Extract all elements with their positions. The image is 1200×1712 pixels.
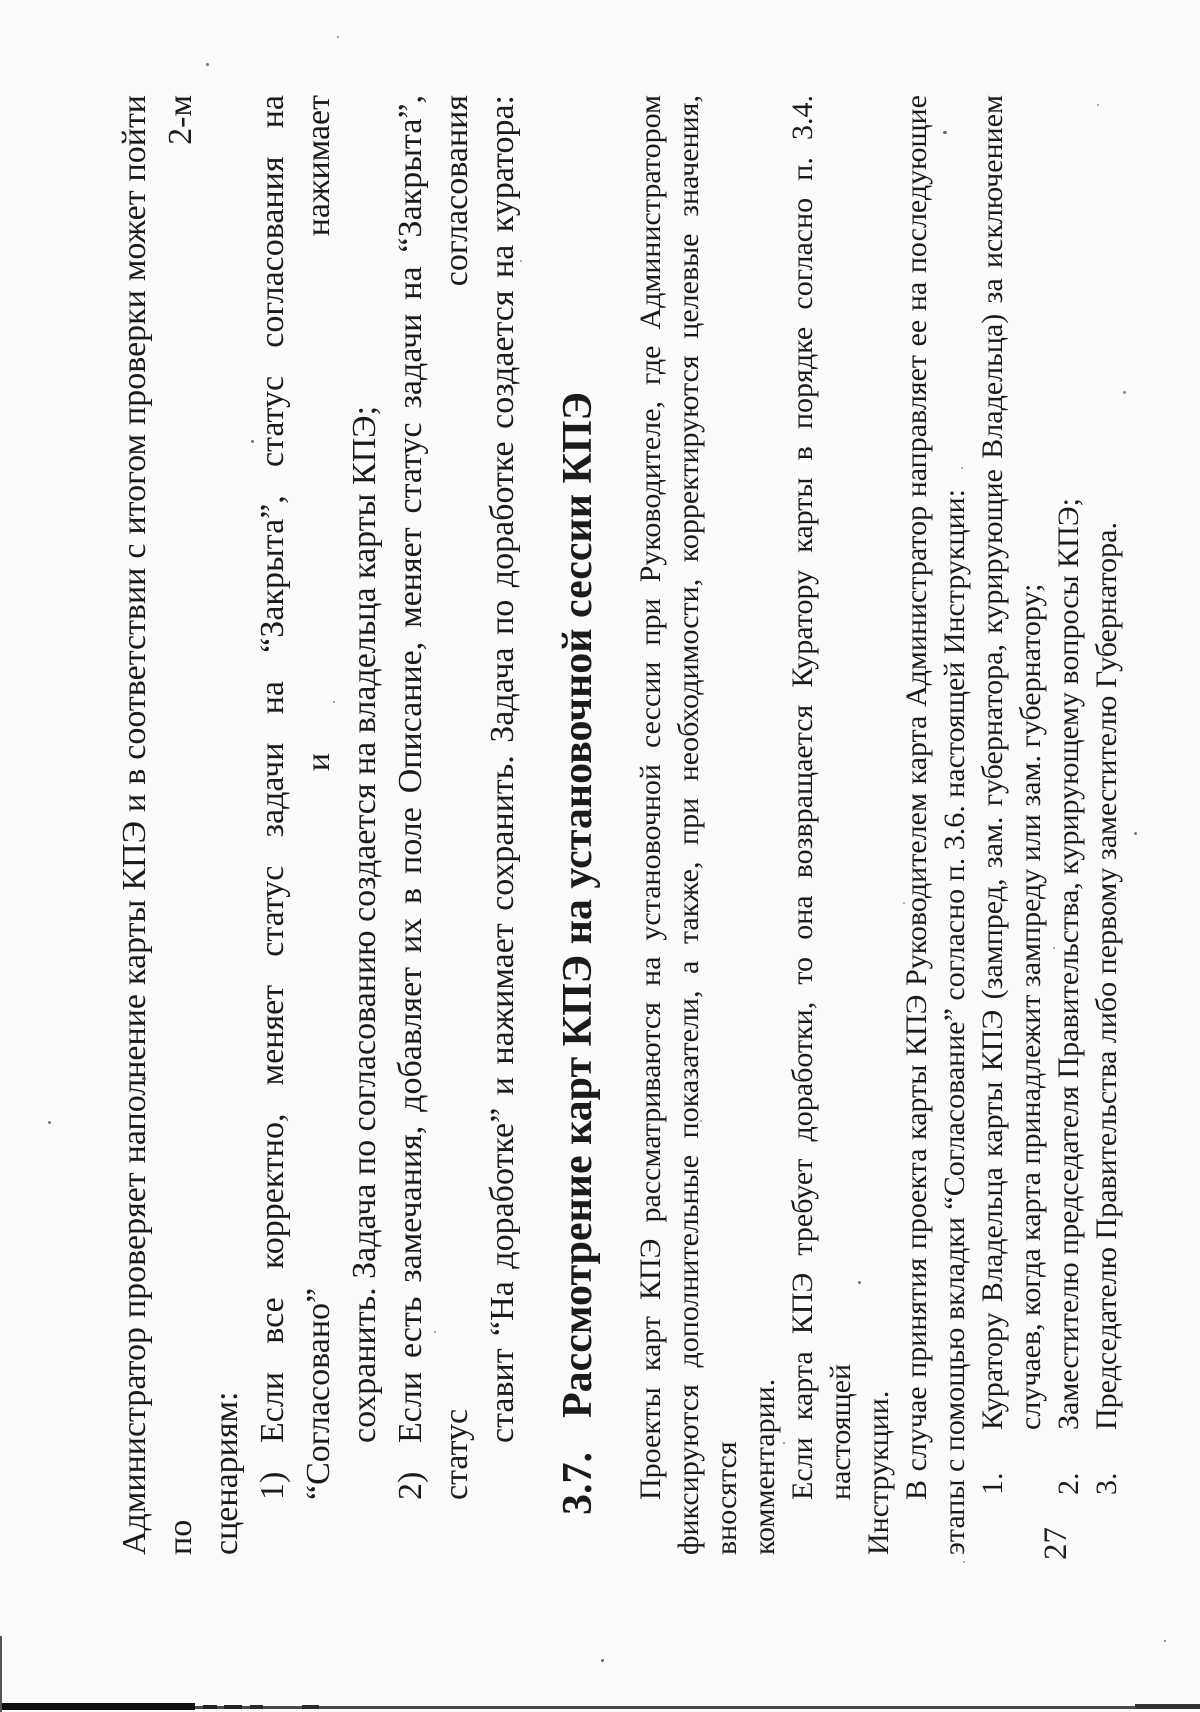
body-block: Проекты карт КПЭ рассматриваются на уста…: [632, 95, 1126, 1555]
page-number: 27: [1038, 1527, 1075, 1560]
intro-line: сценариям:: [204, 95, 250, 1555]
step-2-text: Заместителю председателя Правительства, …: [1052, 498, 1085, 1430]
intro-line: Администратор проверяет наполнение карты…: [112, 95, 204, 1555]
scenario-1-line: сохранить. Задача по согласованию создае…: [342, 95, 388, 1555]
scenario-1-number: 1): [250, 1443, 296, 1500]
step-1-number: 1.: [974, 1430, 1012, 1495]
paragraph-line: Проекты карт КПЭ рассматриваются на уста…: [632, 95, 670, 1555]
scenario-2-line: 2)Если есть замечания, добавляет их в по…: [388, 95, 480, 1555]
paragraph-line: Если карта КПЭ требует доработки, то она…: [784, 95, 860, 1555]
step-3-line: 3.Председателю Правительства либо первом…: [1088, 95, 1126, 1555]
step-1-line: случаев, когда карта принадлежит зампред…: [1012, 95, 1050, 1555]
paragraph-line: фиксируются дополнительные показатели, а…: [670, 95, 746, 1555]
paragraph-line: Инструкции.: [860, 95, 898, 1555]
scenario-2-line: ставит “На доработке” и нажимает сохрани…: [480, 95, 526, 1555]
paragraph-line: В случае принятия проекта карты КПЭ Руко…: [898, 95, 936, 1555]
scenario-2-number: 2): [388, 1443, 434, 1500]
step-3-number: 3.: [1088, 1430, 1126, 1495]
paragraph-line: этапы с помощью вкладки “Согласование” с…: [936, 95, 974, 1555]
scenario-1-line: 1)Если все корректно, меняет статус зада…: [250, 95, 342, 1555]
scenario-2-text: Если есть замечания, добавляет их в поле…: [392, 95, 475, 1500]
step-2-line: 2.Заместителю председателя Правительства…: [1050, 95, 1088, 1555]
section-title: Рассмотрение карт КПЭ на установочной се…: [555, 392, 601, 1418]
intro-and-scenarios-block: Администратор проверяет наполнение карты…: [112, 95, 526, 1555]
step-2-number: 2.: [1050, 1430, 1088, 1495]
step-1-line: 1.Куратору Владельца карты КПЭ (зампред,…: [974, 95, 1012, 1555]
rotated-page: Администратор проверяет наполнение карты…: [0, 0, 1200, 1712]
document-text: Администратор проверяет наполнение карты…: [112, 95, 1126, 1555]
step-1-text: Куратору Владельца карты КПЭ (зампред, з…: [976, 95, 1009, 1430]
scanned-document-page: Администратор проверяет наполнение карты…: [0, 0, 1200, 1712]
section-number: 3.7.: [550, 1452, 606, 1515]
section-heading: 3.7.Рассмотрение карт КПЭ на установочно…: [550, 95, 606, 1555]
step-3-text: Председателю Правительства либо первому …: [1090, 522, 1123, 1430]
paragraph-line: комментарии.: [746, 95, 784, 1555]
scenario-1-text: Если все корректно, меняет статус задачи…: [254, 95, 337, 1500]
